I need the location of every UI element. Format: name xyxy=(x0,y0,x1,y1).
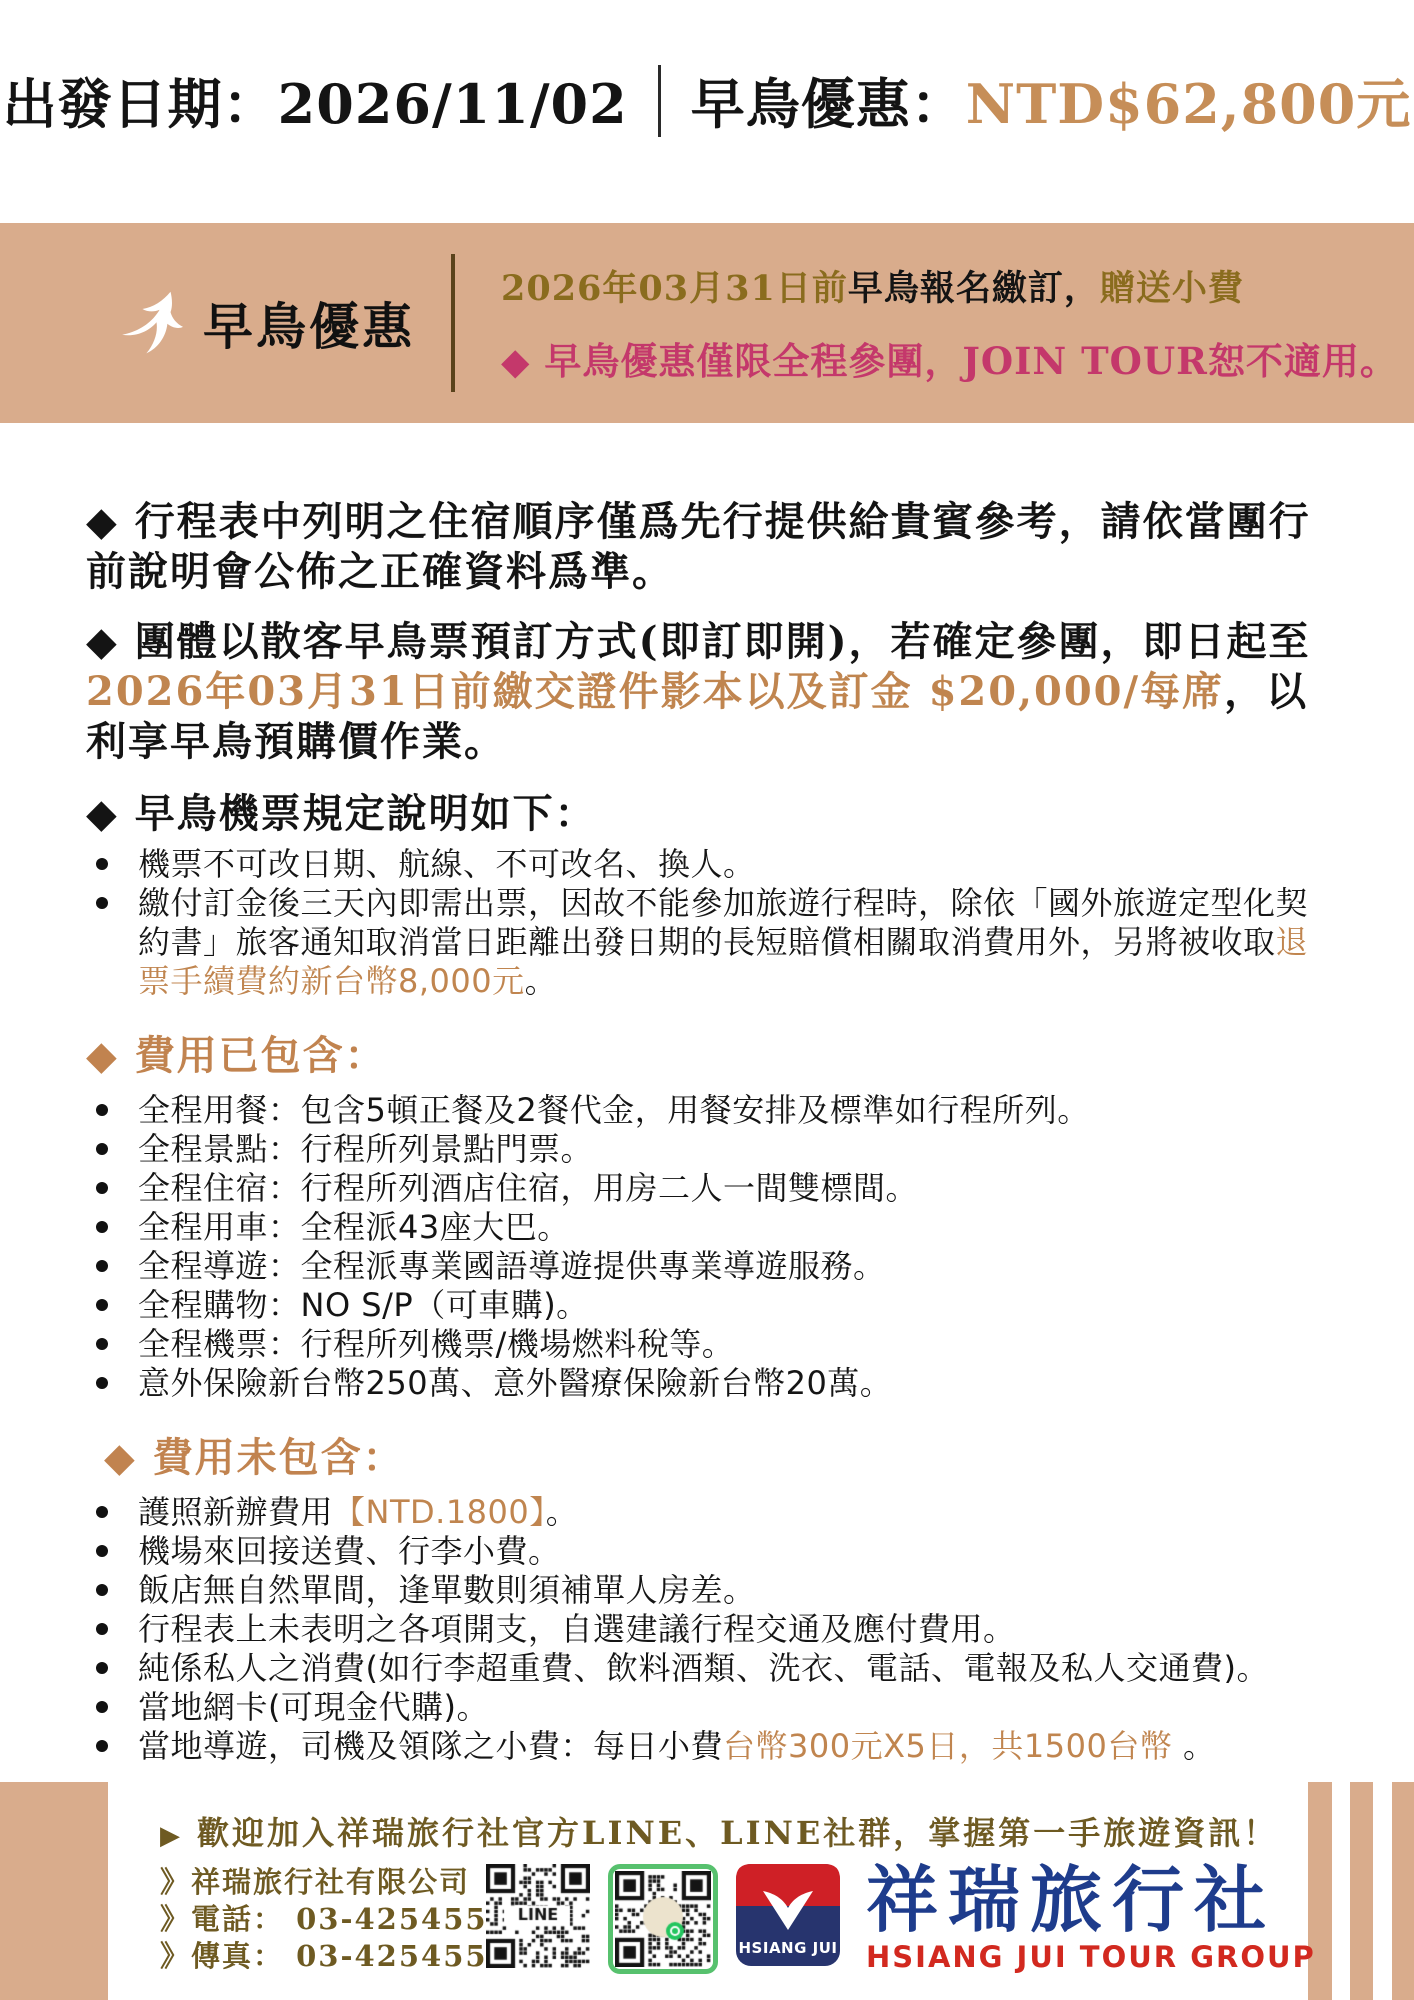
rule2-post: 。 xyxy=(525,962,558,1000)
excl1-post: 。 xyxy=(546,1493,579,1531)
banner-divider xyxy=(451,254,455,392)
company-phone: 》電話： 03-4254552 xyxy=(160,1901,468,1938)
included-heading: ◆ 費用已包含： xyxy=(86,1031,1328,1081)
header-divider xyxy=(658,65,661,137)
line-qr-code xyxy=(486,1864,590,1968)
logo-chinese: 祥瑞旅行社 xyxy=(866,1864,1316,1936)
list-item: 全程用餐：包含5頓正餐及2餐代金，用餐安排及標準如行程所列。 xyxy=(86,1091,1328,1130)
list-item: 全程用車：全程派43座大巴。 xyxy=(86,1208,1328,1247)
list-item: 純係私人之消費(如行李超重費、飲料酒類、洗衣、電話、電報及私人交通費)。 xyxy=(86,1649,1328,1688)
list-item: 全程機票：行程所列機票/機場燃料稅等。 xyxy=(86,1325,1328,1364)
para2-accent: 2026年03月31日前繳交證件影本以及訂金 $20,000/每席 xyxy=(86,668,1224,715)
footer-left-bar xyxy=(0,1782,108,2000)
list-item: 全程購物：NO S/P（可車購)。 xyxy=(86,1286,1328,1325)
note-paragraph-1: ◆ 行程表中列明之住宿順序僅爲先行提供給貴賓參考，請依當團行前說明會公佈之正確資… xyxy=(86,497,1328,597)
earlybird-amount: NTD$62,800元 xyxy=(966,72,1412,136)
ticket-rules-list: 機票不可改日期、航線、不可改名、換人。 繳付訂金後三天內即需出票，因故不能參加旅… xyxy=(86,845,1328,1001)
company-logo-shield: HSIANG JUI xyxy=(736,1864,840,1966)
excluded-list: 護照新辦費用【NTD.1800】。 機場來回接送費、行李小費。 飯店無自然單間，… xyxy=(86,1493,1328,1766)
excl1-pre: 護照新辦費用 xyxy=(138,1493,333,1531)
list-item: 繳付訂金後三天內即需出票，因故不能參加旅遊行程時，除依「國外旅遊定型化契約書」旅… xyxy=(86,884,1328,1001)
list-item: 全程導遊：全程派專業國語導遊提供專業導遊服務。 xyxy=(86,1247,1328,1286)
list-item: 意外保險新台幣250萬、意外醫療保險新台幣20萬。 xyxy=(86,1364,1328,1403)
rule2-pre: 繳付訂金後三天內即需出票，因故不能參加旅遊行程時，除依「國外旅遊定型化契約書」旅… xyxy=(138,884,1308,961)
note-paragraph-2: ◆ 團體以散客早鳥票預訂方式(即訂即開)，若確定參團，即日起至 2026年03月… xyxy=(86,617,1328,767)
footer-row: 》祥瑞旅行社有限公司 》電話： 03-4254552 》傳真： 03-42545… xyxy=(160,1864,1284,1975)
dove-icon xyxy=(105,284,183,362)
company-fax: 》傳真： 03-4254558 xyxy=(160,1938,468,1975)
list-item: 當地網卡(可現金代購)。 xyxy=(86,1688,1328,1727)
excl7-post: 。 xyxy=(1172,1727,1215,1765)
list-item: 全程景點：行程所列景點門票。 xyxy=(86,1130,1328,1169)
list-item: 飯店無自然單間，逢單數則須補單人房差。 xyxy=(86,1571,1328,1610)
departure-date: 出發日期：2026/11/02 xyxy=(3,62,628,139)
logo-english: HSIANG JUI TOUR GROUP xyxy=(866,1940,1316,1974)
banner-main: 早鳥報名繳訂， xyxy=(848,268,1100,309)
earlybird-banner: 早鳥優惠 2026年03月31日前早鳥報名繳訂，贈送小費 ◆ 早鳥優惠僅限全程參… xyxy=(0,223,1414,423)
ticket-rules-heading: ◆ 早鳥機票規定說明如下： xyxy=(86,789,1328,839)
footer-right-bar-3 xyxy=(1392,1782,1414,2000)
list-item: 全程住宿：行程所列酒店住宿，用房二人一間雙標間。 xyxy=(86,1169,1328,1208)
banner-date: 2026年03月31日前 xyxy=(501,268,848,309)
excl7-pre: 當地導遊，司機及領隊之小費：每日小費 xyxy=(138,1727,723,1765)
company-info: 》祥瑞旅行社有限公司 》電話： 03-4254552 》傳真： 03-42545… xyxy=(160,1864,468,1975)
list-item: 機票不可改日期、航線、不可改名、換人。 xyxy=(86,845,1328,884)
list-item: 行程表上未表明之各項開支，自選建議行程交通及應付費用。 xyxy=(86,1610,1328,1649)
earlybird-price-line: 早鳥優惠：NTD$62,800元 xyxy=(691,62,1412,139)
line-group-qr-code xyxy=(608,1864,718,1974)
list-item: 護照新辦費用【NTD.1800】。 xyxy=(86,1493,1328,1532)
main-content: ◆ 行程表中列明之住宿順序僅爲先行提供給貴賓參考，請依當團行前說明會公佈之正確資… xyxy=(0,497,1414,1766)
footer-headline: ▶歡迎加入祥瑞旅行社官方LINE、LINE社群，掌握第一手旅遊資訊！ xyxy=(160,1808,1284,1854)
banner-title: 早鳥優惠 xyxy=(203,287,415,359)
para2-pre: ◆ 團體以散客早鳥票預訂方式(即訂即開)，若確定參團，即日起至 xyxy=(86,618,1311,665)
flyer-page: 出發日期：2026/11/02 早鳥優惠：NTD$62,800元 早鳥優惠 20… xyxy=(0,0,1414,2000)
arrow-icon: ▶ xyxy=(160,1821,183,1851)
banner-line1: 2026年03月31日前早鳥報名繳訂，贈送小費 xyxy=(501,261,1398,311)
shield-label: HSIANG JUI xyxy=(736,1939,840,1957)
footer-right-bar-2 xyxy=(1350,1782,1373,2000)
included-list: 全程用餐：包含5頓正餐及2餐代金，用餐安排及標準如行程所列。 全程景點：行程所列… xyxy=(86,1091,1328,1403)
footer: ▶歡迎加入祥瑞旅行社官方LINE、LINE社群，掌握第一手旅遊資訊！ 》祥瑞旅行… xyxy=(0,1782,1414,2000)
top-header: 出發日期：2026/11/02 早鳥優惠：NTD$62,800元 xyxy=(0,62,1414,139)
banner-gift: 贈送小費 xyxy=(1100,268,1244,309)
excluded-heading: ◆ 費用未包含： xyxy=(86,1433,1328,1483)
company-name: 》祥瑞旅行社有限公司 xyxy=(160,1864,468,1901)
list-item: 當地導遊，司機及領隊之小費：每日小費台幣300元X5日，共1500台幣 。 xyxy=(86,1727,1328,1766)
banner-line2: ◆ 早鳥優惠僅限全程參團，JOIN TOUR恕不適用。 xyxy=(501,331,1398,385)
excl1-accent: 【NTD.1800】 xyxy=(333,1493,546,1531)
earlybird-label: 早鳥優惠： xyxy=(691,72,966,136)
footer-headline-text: 歡迎加入祥瑞旅行社官方LINE、LINE社群，掌握第一手旅遊資訊！ xyxy=(197,1814,1278,1852)
company-logo-text: 祥瑞旅行社 HSIANG JUI TOUR GROUP xyxy=(866,1864,1316,1974)
footer-content: ▶歡迎加入祥瑞旅行社官方LINE、LINE社群，掌握第一手旅遊資訊！ 》祥瑞旅行… xyxy=(160,1808,1284,1975)
banner-text: 2026年03月31日前早鳥報名繳訂，贈送小費 ◆ 早鳥優惠僅限全程參團，JOI… xyxy=(501,261,1398,385)
list-item: 機場來回接送費、行李小費。 xyxy=(86,1532,1328,1571)
excl7-accent: 台幣300元X5日，共1500台幣 xyxy=(723,1727,1172,1765)
